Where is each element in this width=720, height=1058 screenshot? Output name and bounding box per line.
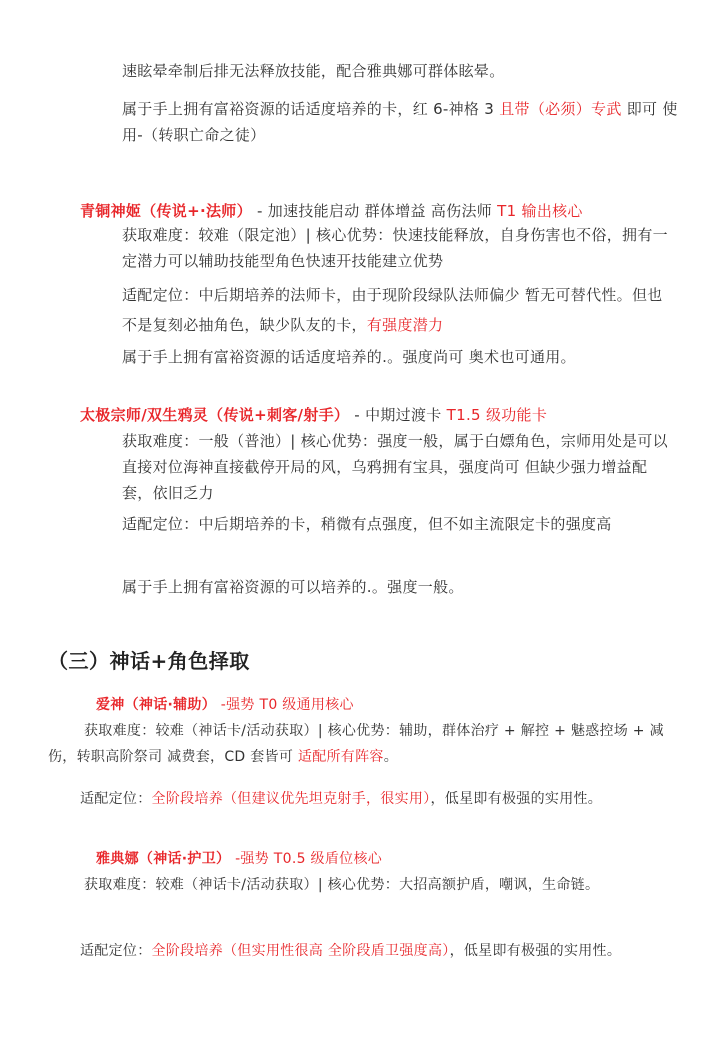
- label: 适配定位：: [80, 791, 152, 807]
- entry-note: 属于手上拥有富裕资源的可以培养的.。强度一般。: [122, 574, 682, 600]
- entry-position: 适配定位：中后期培养的法师卡，由于现阶段绿队法师偏少 暂无可替代性。但也不是复刻…: [122, 280, 677, 340]
- highlight: 全阶段培养（但建议优先坦克射手，很实用）: [152, 791, 431, 807]
- entry-heading: 青铜神姬（传说+·法师） - 加速技能启动 群体增益 高伤法师 T1 输出核心: [80, 198, 680, 224]
- highlight: 有强度潜力: [367, 316, 444, 334]
- myth-heading: 爱神（神话·辅助） -强势 T0 级通用核心: [96, 692, 696, 718]
- text: 。: [384, 749, 398, 765]
- label: 适配定位：: [80, 943, 152, 959]
- intro-paragraph: 属于手上拥有富裕资源的话适度培养的卡，红 6-神格 3 且带（必须）专武 即可 …: [122, 96, 682, 148]
- section-title: （三）神话+角色择取: [48, 645, 250, 674]
- myth-difficulty: 获取难度：较难（神话卡/活动获取）| 核心优势：大招高额护盾，嘲讽，生命链。: [48, 872, 678, 898]
- entry-title: 太极宗师/双生鸦灵（传说+刺客/射手）: [80, 406, 349, 424]
- intro-line: 速眩晕牵制后排无法释放技能，配合雅典娜可群体眩晕。: [122, 58, 692, 84]
- entry-position: 适配定位：中后期培养的卡，稍微有点强度，但不如主流限定卡的强度高: [122, 508, 677, 540]
- entry-title: 青铜神姬（传说+·法师）: [80, 202, 252, 220]
- entry-title: 雅典娜（神话·护卫）: [96, 851, 230, 867]
- myth-position: 适配定位：全阶段培养（但实用性很高 全阶段盾卫强度高），低星即有极强的实用性。: [48, 936, 673, 966]
- entry-heading: 太极宗师/双生鸦灵（传说+刺客/射手） - 中期过渡卡 T1.5 级功能卡: [80, 402, 680, 428]
- highlight: 适配所有阵容: [298, 749, 384, 765]
- entry-difficulty: 获取难度：一般（普池）| 核心优势：强度一般，属于白嫖角色，宗师用处是可以直接对…: [122, 428, 672, 506]
- text: ，低星即有极强的实用性。: [431, 791, 603, 807]
- text: - 中期过渡卡: [349, 406, 446, 424]
- tier-label: T1.5 级功能卡: [447, 406, 548, 424]
- entry-title: 爱神（神话·辅助）: [96, 697, 216, 713]
- text: ，低星即有极强的实用性。: [450, 943, 622, 959]
- tier-label: -强势 T0.5 级盾位核心: [230, 851, 382, 867]
- entry-note: 属于手上拥有富裕资源的话适度培养的.。强度尚可 奥术也可通用。: [122, 344, 682, 370]
- tier-label: -强势 T0 级通用核心: [216, 697, 354, 713]
- myth-heading: 雅典娜（神话·护卫） -强势 T0.5 级盾位核心: [96, 846, 696, 872]
- myth-difficulty: 获取难度：较难（神话卡/活动获取）| 核心优势：辅助，群体治疗 + 解控 + 魅…: [48, 718, 678, 770]
- text: 属于手上拥有富裕资源的话适度培养的卡，红 6-神格 3: [122, 100, 499, 118]
- text: 速眩晕牵制后排无法释放技能，配合雅典娜可群体眩晕。: [122, 62, 505, 80]
- tier-label: T1 输出核心: [497, 202, 583, 220]
- highlight: 且带（必须）专武: [499, 100, 621, 118]
- entry-difficulty: 获取难度：较难（限定池）| 核心优势：快速技能释放，自身伤害也不俗，拥有一定潜力…: [122, 222, 672, 274]
- highlight: 全阶段培养（但实用性很高 全阶段盾卫强度高）: [152, 943, 450, 959]
- myth-position: 适配定位：全阶段培养（但建议优先坦克射手，很实用），低星即有极强的实用性。: [48, 784, 678, 814]
- text: - 加速技能启动 群体增益 高伤法师: [252, 202, 497, 220]
